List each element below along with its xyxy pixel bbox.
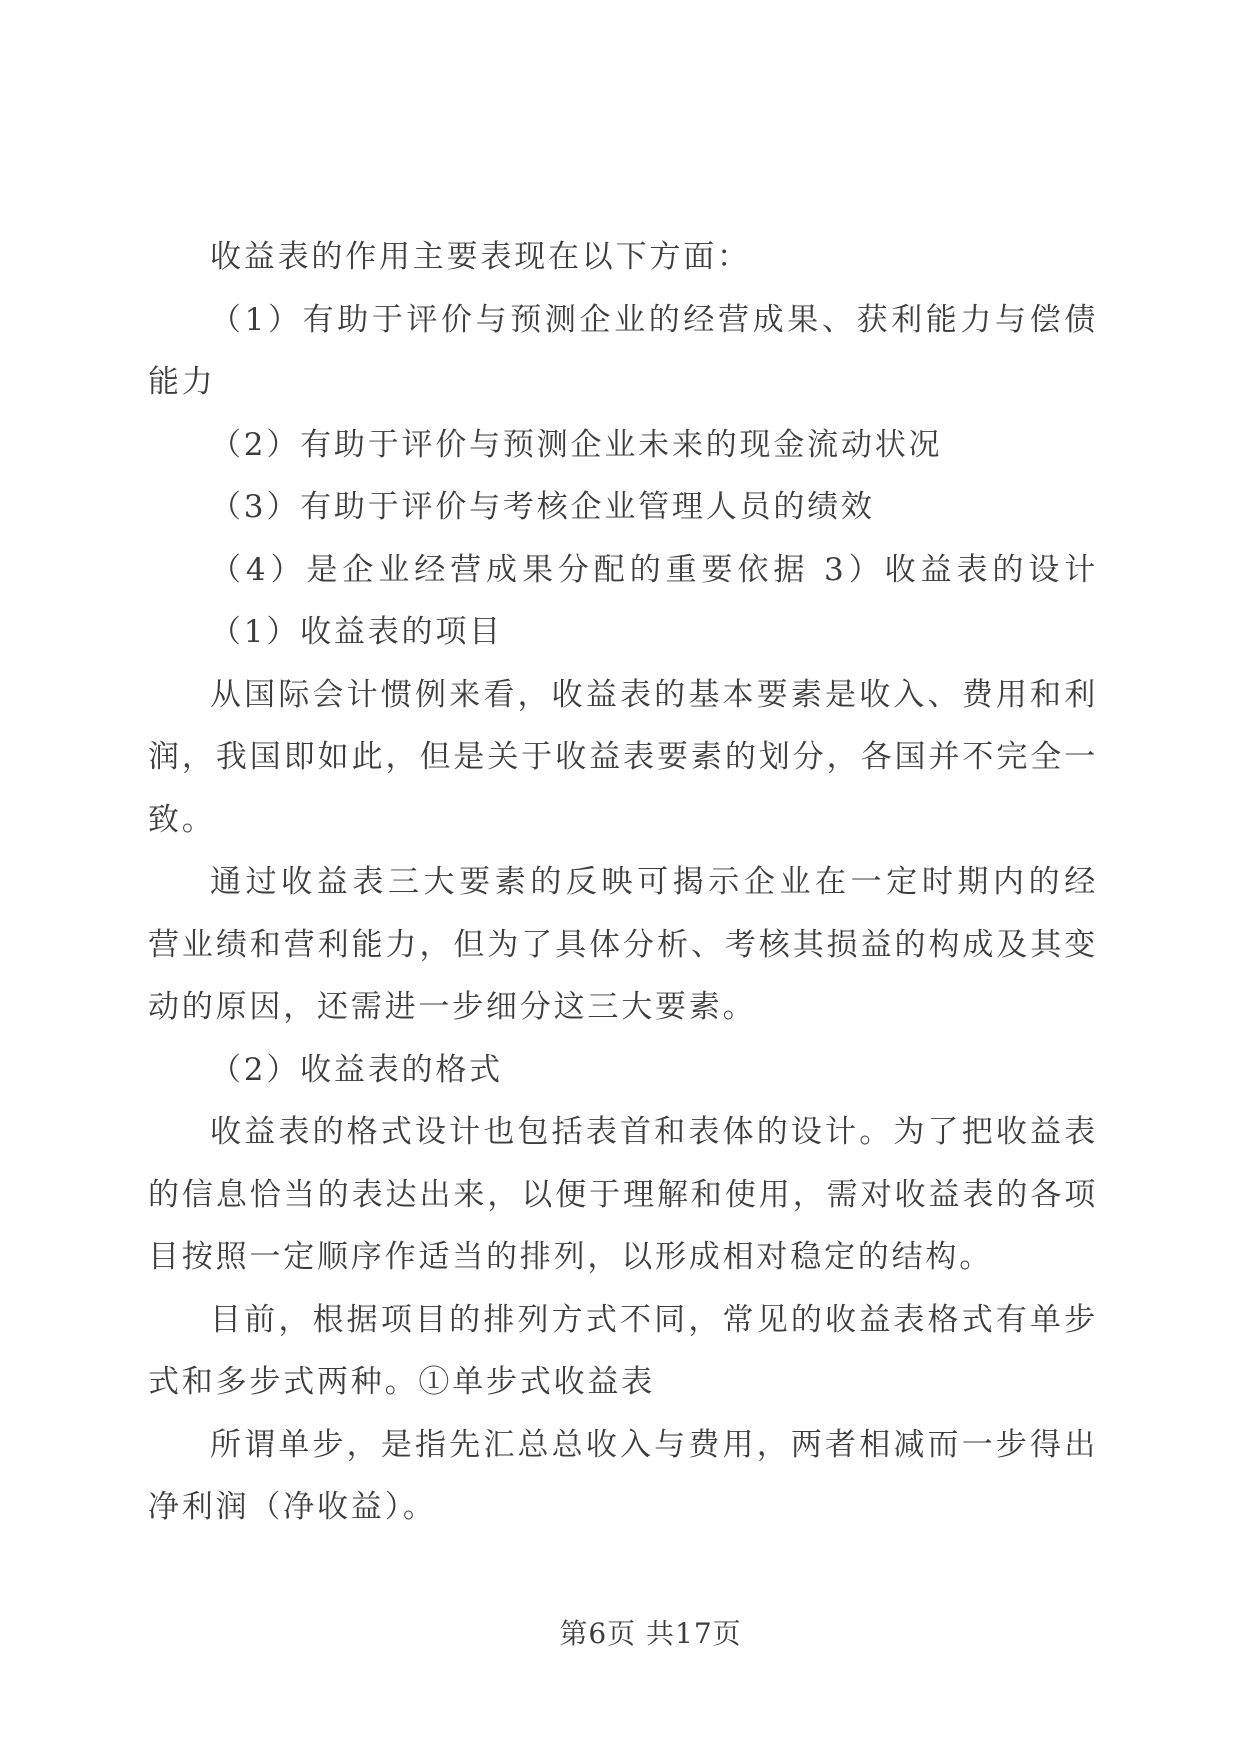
- page-footer: 第6页 共17页: [30, 1612, 1241, 1656]
- text-line: 式和多步式两种。①单步式收益表: [148, 1351, 1098, 1414]
- document-page: 收益表的作用主要表现在以下方面：（1）有助于评价与预测企业的经营成果、获利能力与…: [0, 0, 1241, 1754]
- text-line: （1）有助于评价与预测企业的经营成果、获利能力与偿债: [148, 289, 1098, 352]
- text-line: 通过收益表三大要素的反映可揭示企业在一定时期内的经: [148, 851, 1098, 914]
- text-line: 目前，根据项目的排列方式不同，常见的收益表格式有单步: [148, 1289, 1098, 1352]
- text-line: 收益表的格式设计也包括表首和表体的设计。为了把收益表: [148, 1101, 1098, 1164]
- page-number: 第6页 共17页: [559, 1617, 741, 1650]
- text-line: 从国际会计惯例来看，收益表的基本要素是收入、费用和利: [148, 664, 1098, 727]
- text-line: 能力: [148, 351, 1098, 414]
- text-line: 动的原因，还需进一步细分这三大要素。: [148, 976, 1098, 1039]
- text-line: 收益表的作用主要表现在以下方面：: [148, 226, 1098, 289]
- text-line: 目按照一定顺序作适当的排列，以形成相对稳定的结构。: [148, 1226, 1098, 1289]
- text-line: 净利润（净收益）。: [148, 1476, 1098, 1539]
- text-line: 营业绩和营利能力，但为了具体分析、考核其损益的构成及其变: [148, 914, 1098, 977]
- text-line: （4）是企业经营成果分配的重要依据 3）收益表的设计: [148, 539, 1098, 602]
- text-line: 致。: [148, 789, 1098, 852]
- text-line: 的信息恰当的表达出来，以便于理解和使用，需对收益表的各项: [148, 1164, 1098, 1227]
- text-line: （2）收益表的格式: [148, 1039, 1098, 1102]
- text-line: （3）有助于评价与考核企业管理人员的绩效: [148, 476, 1098, 539]
- text-line: 所谓单步，是指先汇总总收入与费用，两者相减而一步得出: [148, 1414, 1098, 1477]
- document-body: 收益表的作用主要表现在以下方面：（1）有助于评价与预测企业的经营成果、获利能力与…: [148, 226, 1098, 1539]
- text-line: 润，我国即如此，但是关于收益表要素的划分，各国并不完全一: [148, 726, 1098, 789]
- text-line: （1）收益表的项目: [148, 601, 1098, 664]
- text-line: （2）有助于评价与预测企业未来的现金流动状况: [148, 414, 1098, 477]
